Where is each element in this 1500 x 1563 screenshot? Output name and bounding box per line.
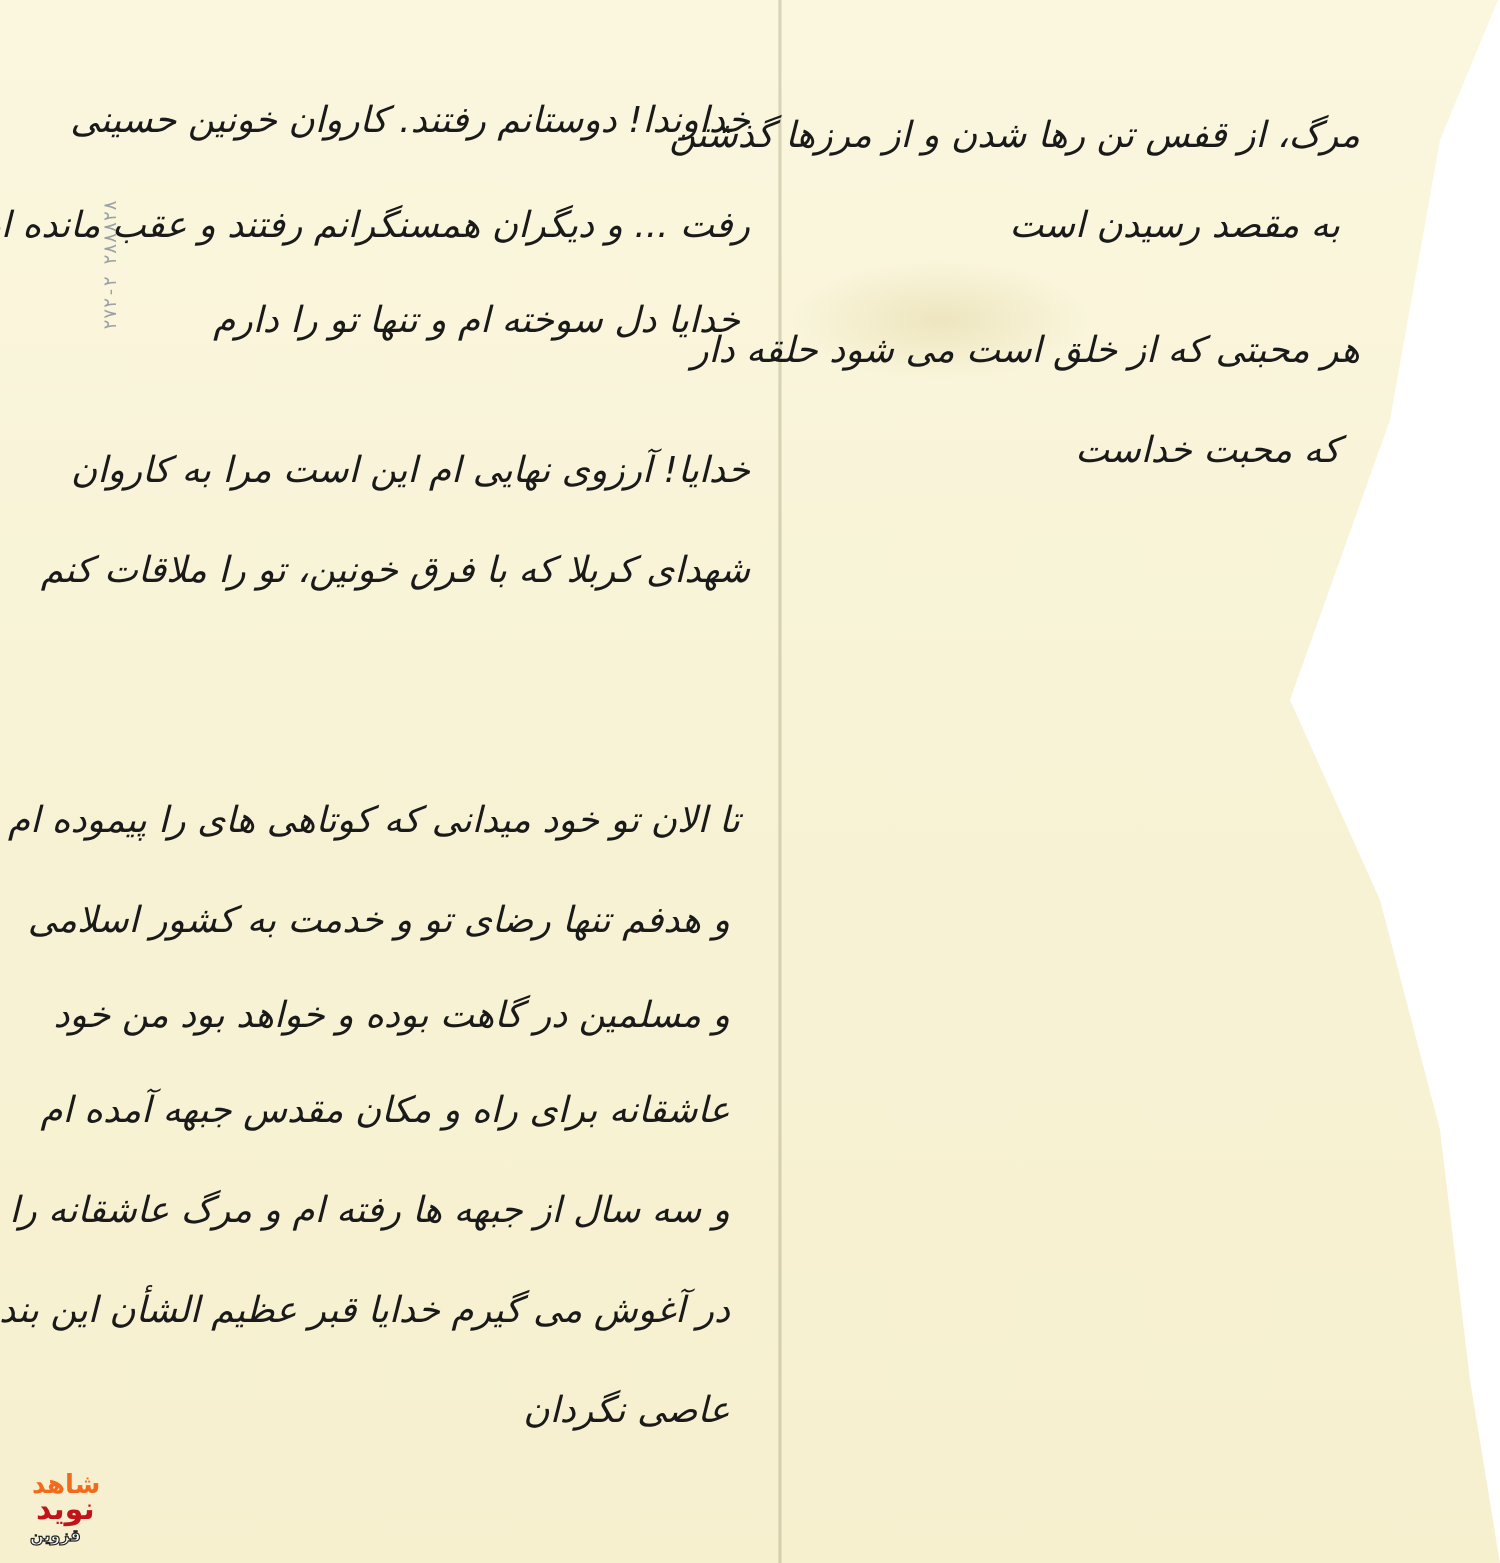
logo-text-navid: نوید (36, 1492, 95, 1527)
letter-line: به مقصد رسیدن است (1009, 205, 1340, 246)
letter-line: خدایا! آرزوی نهایی ام این است مرا به کار… (71, 450, 750, 491)
letter-line: و هدفم تنها رضای تو و خدمت به کشور اسلام… (28, 900, 730, 941)
letter-line: عاشقانه برای راه و مکان مقدس جبهه آمده ا… (40, 1090, 730, 1131)
letter-line: که محبت خداست (1075, 430, 1340, 471)
letter-line: خداوندا! دوستانم رفتند. کاروان خونین حسی… (70, 100, 750, 141)
letter-line: و سه سال از جبهه ها رفته ام و مرگ عاشقان… (9, 1190, 730, 1231)
letter-line: عاصی نگردان (523, 1390, 730, 1431)
center-fold-crease (778, 0, 782, 1563)
letter-line: و مسلمین در گاهت بوده و خواهد بود من خود (54, 995, 730, 1036)
navid-shahed-qazvin-logo: شاهد نوید قزوین (28, 1470, 118, 1550)
logo-text-qazvin: قزوین (30, 1526, 81, 1545)
letter-line: تا الان تو خود میدانی که کوتاهی های را پ… (8, 800, 740, 841)
letter-line: هر محبتی که از خلق است می شود حلقه دار (691, 330, 1360, 371)
letter-line: در آغوش می گیرم خدایا قبر عظیم الشأن این… (0, 1290, 730, 1331)
letter-line: شهدای کربلا که با فرق خونین، تو را ملاقا… (41, 550, 750, 591)
margin-stamp-number: ۲۷۲-۲ ۲۸۸۸۲۸ (100, 200, 121, 330)
letter-line: مرگ، از قفس تن رها شدن و از مرزها گذشتن (669, 115, 1360, 156)
letter-line: خدایا دل سوخته ام و تنها تو را دارم (213, 300, 740, 341)
